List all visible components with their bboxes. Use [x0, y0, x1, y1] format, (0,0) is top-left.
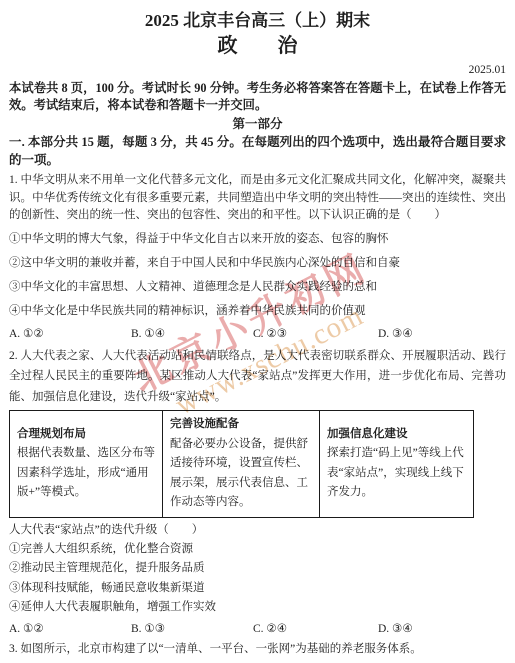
- question-1-options: ①中华文明的博大气象，得益于中华文化自古以来开放的姿态、包容的胸怀 ②这中华文明…: [9, 227, 506, 323]
- question-2-answer-d: D. ③④: [378, 620, 506, 638]
- question-1-answer-row: A. ①② B. ①④ C. ②③ D. ③④: [9, 325, 506, 343]
- question-1-option-1: ①中华文明的博大气象，得益于中华文化自古以来开放的姿态、包容的胸怀: [9, 227, 506, 251]
- question-1-answer-b: B. ①④: [131, 325, 253, 343]
- question-2-option-3: ③体现科技赋能，畅通民意收集新渠道: [9, 579, 506, 599]
- table-row: 合理规划布局 根据代表数量、选区分布等因素科学选址，形成“通用版+”等模式。 完…: [10, 411, 474, 518]
- question-2-answer-a: A. ①②: [9, 620, 131, 638]
- question-3-stem: 3. 如图所示，北京市构建了以“一清单、一平台、一张网”为基础的养老服务体系。: [9, 640, 506, 658]
- table-cell-body: 根据代表数量、选区分布等因素科学选址，形成“通用版+”等模式。: [17, 444, 155, 503]
- exam-instructions: 本试卷共 8 页，100 分。考试时长 90 分钟。考生务必将答案答在答题卡上，…: [9, 80, 506, 114]
- question-1-option-2: ②这中华文明的兼收并蓄，来自于中国人民和中华民族内心深处的自信和自豪: [9, 251, 506, 275]
- question-2-options: ①完善人大组织系统，优化整合资源 ②推动民主管理规范化，提升服务品质 ③体现科技…: [9, 540, 506, 618]
- exam-date: 2025.01: [9, 63, 506, 77]
- question-1-option-4: ④中华文化是中华民族共同的精神标识，涵养着中华民族共同的价值观: [9, 299, 506, 323]
- question-2-option-1: ①完善人大组织系统，优化整合资源: [9, 540, 506, 560]
- question-1-answer-a: A. ①②: [9, 325, 131, 343]
- question-2-followup: 人大代表“家站点”的迭代升级（ ）: [9, 520, 506, 540]
- question-1-answer-c: C. ②③: [253, 325, 378, 343]
- part-one-heading: 第一部分: [9, 116, 506, 133]
- table-cell-title: 完善设施配备: [170, 415, 312, 435]
- exam-page: 北京小升初网 www.xschu.com 2025 北京丰台高三（上）期末 政 …: [0, 0, 515, 663]
- question-1-option-3: ③中华文化的丰富思想、人文精神、道德理念是人民群众实践经验的总和: [9, 275, 506, 299]
- question-2-answer-c: C. ②④: [253, 620, 378, 638]
- table-cell-title: 加强信息化建设: [327, 425, 466, 445]
- question-2-table: 合理规划布局 根据代表数量、选区分布等因素科学选址，形成“通用版+”等模式。 完…: [9, 410, 474, 518]
- table-cell-title: 合理规划布局: [17, 425, 155, 445]
- page-title: 2025 北京丰台高三（上）期末: [9, 10, 506, 32]
- question-2-stem: 2. 人大代表之家、人大代表活动站和民情联络点，是人大代表密切联系群众、开展履职…: [9, 346, 506, 408]
- question-2-answer-b: B. ①③: [131, 620, 253, 638]
- table-cell-layout: 合理规划布局 根据代表数量、选区分布等因素科学选址，形成“通用版+”等模式。: [10, 411, 163, 518]
- table-cell-body: 配备必要办公设备，提供舒适接待环境，设置宣传栏、展示架，展示代表信息、工作动态等…: [170, 435, 312, 513]
- question-2-option-2: ②推动民主管理规范化，提升服务品质: [9, 559, 506, 579]
- question-1-stem: 1. 中华文明从来不用单一文化代替多元文化，而是由多元文化汇聚成共同文化，化解冲…: [9, 172, 506, 225]
- question-2-option-4: ④延伸人大代表履职触角，增强工作实效: [9, 598, 506, 618]
- table-cell-information: 加强信息化建设 探索打造“码上见”等线上代表“家站点”，实现线上线下齐发力。: [320, 411, 474, 518]
- table-cell-facilities: 完善设施配备 配备必要办公设备，提供舒适接待环境，设置宣传栏、展示架，展示代表信…: [163, 411, 320, 518]
- table-cell-body: 探索打造“码上见”等线上代表“家站点”，实现线上线下齐发力。: [327, 444, 466, 503]
- subject-title: 政 治: [9, 34, 506, 58]
- question-1-answer-d: D. ③④: [378, 325, 506, 343]
- question-2-answer-row: A. ①② B. ①③ C. ②④ D. ③④: [9, 620, 506, 638]
- section-one-intro: 一. 本部分共 15 题，每题 3 分，共 45 分。在每题列出的四个选项中，选…: [9, 133, 506, 169]
